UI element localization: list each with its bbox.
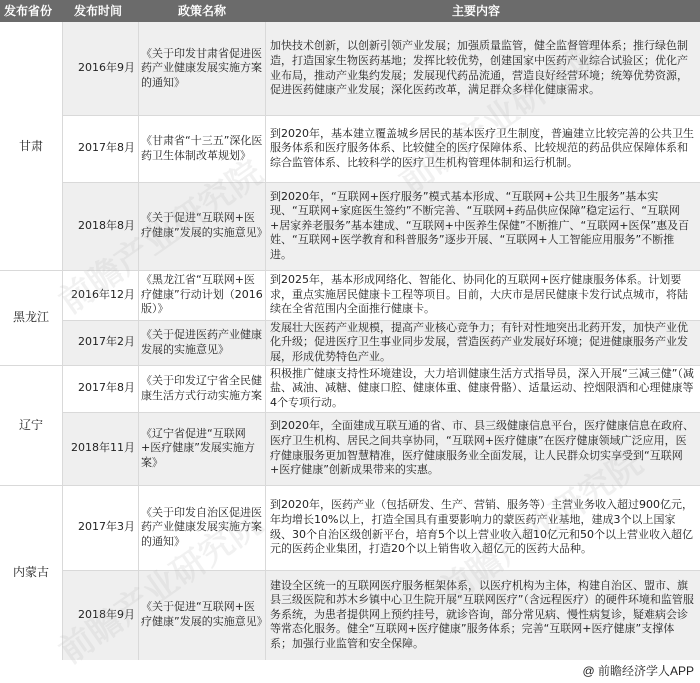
date-cell: 2017年2月 xyxy=(62,320,138,365)
policy-name: 《关于印发辽宁省全民健康生活方式行动实施方案 xyxy=(141,374,263,403)
date-cell: 2018年8月 xyxy=(62,182,138,270)
policy-name: 《关于印发自治区促进医药产业健康发展实施方案的通知》 xyxy=(141,506,263,550)
policy-name: 《辽宁省促进“互联网+医疗健康”发展实施方案》 xyxy=(141,427,263,471)
policy-cell: 《关于促进“互联网+医疗健康”发展的实施意见》 xyxy=(138,570,265,660)
policy-cell: 《关于印发甘肃省促进医药产业健康发展实施方案的通知》 xyxy=(138,22,265,115)
date-cell: 2016年9月 xyxy=(62,22,138,115)
policy-cell: 《甘肃省“十三五”深化医药卫生体制改革规划》 xyxy=(138,115,265,182)
table-header: 发布省份 发布时间 政策名称 主要内容 xyxy=(0,0,700,22)
header-province: 发布省份 xyxy=(4,0,52,22)
date-cell: 2018年11月 xyxy=(62,412,138,485)
header-content: 主要内容 xyxy=(452,0,500,22)
policy-cell: 《关于促进医药产业健康发展的实施意见》 xyxy=(138,320,265,365)
row-divider xyxy=(0,485,700,486)
row-divider xyxy=(62,115,700,116)
header-policy: 政策名称 xyxy=(178,0,226,22)
policy-name: 《关于促进医药产业健康发展的实施意见》 xyxy=(141,328,263,357)
province-cell: 甘肃 xyxy=(0,22,62,270)
policy-cell: 《关于印发自治区促进医药产业健康发展实施方案的通知》 xyxy=(138,485,265,570)
content-text: 到2025年，基本形成网络化、智能化、协同化的互联网+医疗健康服务体系。计划要求… xyxy=(270,273,694,317)
content-cell: 加快技术创新，以创新引领产业发展；加强质量监管，健全监督管理体系；推行绿色制造，… xyxy=(265,22,700,115)
policy-name: 《黑龙江省“互联网+医疗健康”行动计划（2016版）》 xyxy=(141,273,263,317)
policy-name: 《关于印发甘肃省促进医药产业健康发展实施方案的通知》 xyxy=(141,47,263,91)
date-cell: 2017年8月 xyxy=(62,365,138,412)
policy-name: 《关于促进“互联网+医疗健康”发展的实施意见》 xyxy=(141,600,263,629)
column-divider xyxy=(62,22,63,660)
policy-name: 《关于促进“互联网+医疗健康”发展的实施意见》 xyxy=(141,211,263,240)
policy-cell: 《关于印发辽宁省全民健康生活方式行动实施方案 xyxy=(138,365,265,412)
policy-cell: 《辽宁省促进“互联网+医疗健康”发展实施方案》 xyxy=(138,412,265,485)
date-cell: 2017年8月 xyxy=(62,115,138,182)
content-text: 到2020年，医药产业（包括研发、生产、营销、服务等）主营业务收入超过900亿元… xyxy=(270,498,694,556)
content-cell: 建设全区统一的互联网医疗服务框架体系，以医疗机构为主体，构建自治区、盟市、旗县三… xyxy=(265,570,700,660)
date-cell: 2017年3月 xyxy=(62,485,138,570)
content-text: 到2020年，“互联网+医疗服务”模式基本形成、“互联网+公共卫生服务”基本实现… xyxy=(270,190,694,263)
policy-name: 《甘肃省“十三五”深化医药卫生体制改革规划》 xyxy=(141,134,263,163)
date-cell: 2016年12月 xyxy=(62,270,138,320)
row-divider xyxy=(62,320,700,321)
content-cell: 到2020年，医药产业（包括研发、生产、营销、服务等）主营业务收入超过900亿元… xyxy=(265,485,700,570)
content-text: 加快技术创新，以创新引领产业发展；加强质量监管，健全监督管理体系；推行绿色制造，… xyxy=(270,39,694,97)
province-cell: 内蒙古 xyxy=(0,485,62,660)
row-divider xyxy=(0,270,700,271)
row-divider xyxy=(0,365,700,366)
policy-cell: 《关于促进“互联网+医疗健康”发展的实施意见》 xyxy=(138,182,265,270)
content-cell: 积极推广健康支持性环境建设，大力培训健康生活方式指导员，深入开展“三减三健”（减… xyxy=(265,365,700,412)
row-divider xyxy=(62,412,700,413)
column-divider xyxy=(265,22,266,660)
row-divider xyxy=(62,182,700,183)
province-cell: 辽宁 xyxy=(0,365,62,485)
content-text: 积极推广健康支持性环境建设，大力培训健康生活方式指导员，深入开展“三减三健”（减… xyxy=(270,367,694,411)
source-credit: @ 前瞻经济学人APP xyxy=(582,662,694,679)
content-cell: 发展壮大医药产业规模，提高产业核心竞争力；有针对性地突出北药开发，加快产业优化升… xyxy=(265,320,700,365)
content-text: 到2020年，全面建成互联互通的省、市、县三级健康信息平台，医疗健康信息在政府、… xyxy=(270,419,694,477)
province-cell: 黑龙江 xyxy=(0,270,62,365)
header-date: 发布时间 xyxy=(74,0,122,22)
content-cell: 到2020年，基本建立覆盖城乡居民的基本医疗卫生制度，普遍建立比较完善的公共卫生… xyxy=(265,115,700,182)
content-text: 建设全区统一的互联网医疗服务框架体系，以医疗机构为主体，构建自治区、盟市、旗县三… xyxy=(270,579,694,652)
content-text: 发展壮大医药产业规模，提高产业核心竞争力；有针对性地突出北药开发，加快产业优化升… xyxy=(270,321,694,365)
row-divider xyxy=(62,570,700,571)
content-cell: 到2025年，基本形成网络化、智能化、协同化的互联网+医疗健康服务体系。计划要求… xyxy=(265,270,700,320)
column-divider xyxy=(138,22,139,660)
content-cell: 到2020年，全面建成互联互通的省、市、县三级健康信息平台，医疗健康信息在政府、… xyxy=(265,412,700,485)
policy-cell: 《黑龙江省“互联网+医疗健康”行动计划（2016版）》 xyxy=(138,270,265,320)
content-cell: 到2020年，“互联网+医疗服务”模式基本形成、“互联网+公共卫生服务”基本实现… xyxy=(265,182,700,270)
content-text: 到2020年，基本建立覆盖城乡居民的基本医疗卫生制度，普遍建立比较完善的公共卫生… xyxy=(270,127,694,171)
date-cell: 2018年9月 xyxy=(62,570,138,660)
